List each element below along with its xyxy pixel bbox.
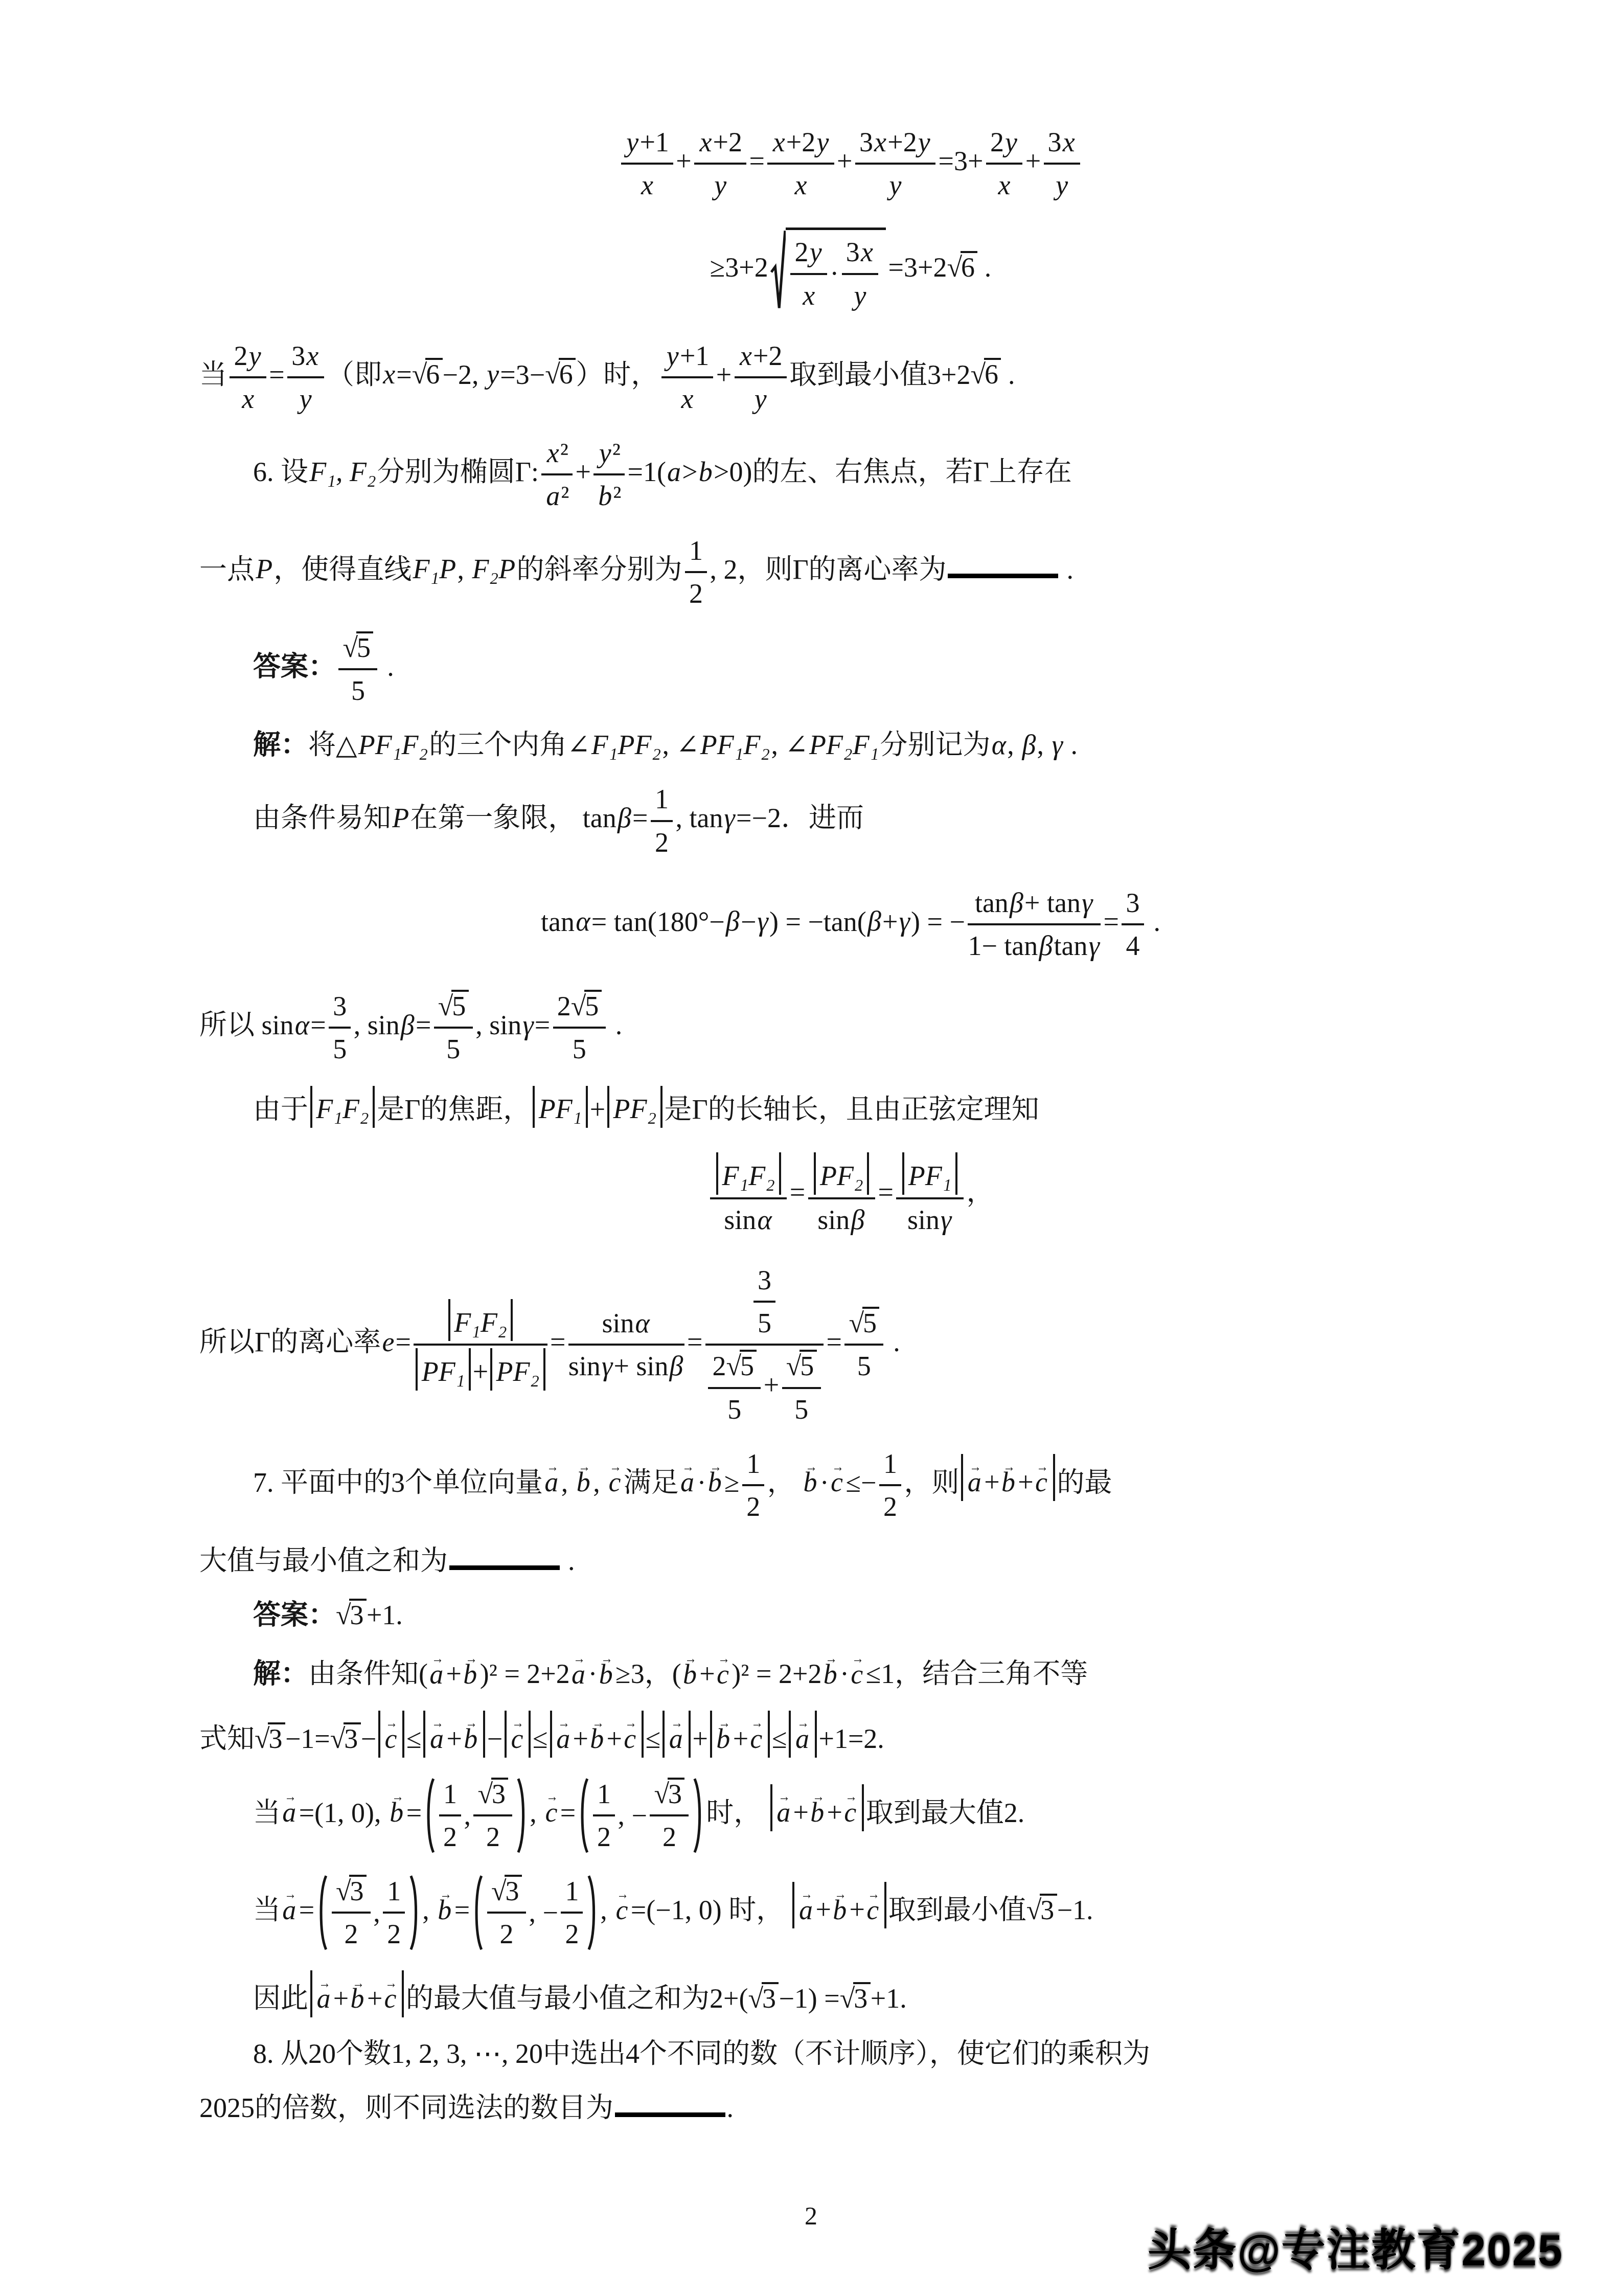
fraction: 12: [439, 1776, 461, 1855]
math-var: γ: [898, 906, 911, 937]
fraction: √55: [782, 1348, 821, 1427]
math-var: x: [1062, 127, 1076, 157]
fraction: F₁F₂sinα: [710, 1152, 787, 1238]
math-var: PF₂: [612, 1094, 657, 1124]
math-var: x: [305, 340, 319, 371]
fraction: 12: [742, 1446, 764, 1525]
q7-conclusion: 因此a+b+c的最大值与最小值之和为2+(√3−1) =√3+1.: [199, 1970, 1502, 2017]
vector-symbol: b: [706, 1460, 724, 1497]
fraction: x²a²: [541, 435, 573, 514]
math-var: x: [739, 340, 753, 371]
math-var: F₁F₂: [453, 1307, 508, 1338]
absolute-value: b+c: [710, 1711, 770, 1758]
math-var: y: [486, 359, 500, 390]
fraction: 2yx: [790, 234, 827, 313]
absolute-value: a+b+c: [310, 1970, 404, 2017]
absolute-value: F₁F₂: [716, 1152, 781, 1195]
math-var: PF₂: [819, 1161, 864, 1191]
math-var: γ: [723, 803, 736, 833]
eq-expand: y+1x+x+2y=x+2yx+3x+2yy=3+2yx+3xy: [199, 124, 1502, 203]
fraction: 12: [593, 1776, 615, 1855]
vector-symbol: a: [315, 1976, 333, 2013]
q6-answer: 答案：√55 .: [199, 630, 1502, 709]
sqrt: √3: [336, 1597, 367, 1633]
q7-max-case: 当a=(1, 0), b=12, √32, c=12, −√32时， a+b+c…: [199, 1776, 1502, 1855]
sqrt: √5: [438, 988, 469, 1024]
vector-symbol: b: [831, 1887, 850, 1924]
math-var: x: [640, 170, 654, 200]
sqrt: √5: [786, 1348, 817, 1384]
sqrt: √5: [571, 988, 602, 1024]
fraction: PF₁sinγ: [896, 1152, 964, 1238]
math-var: y: [917, 127, 931, 157]
fraction: 2√55: [553, 988, 606, 1067]
parenthesized-group: 12, √32: [423, 1776, 529, 1855]
vector-symbol: b: [802, 1460, 820, 1497]
vector-symbol: b: [597, 1651, 615, 1689]
vector-symbol: b: [462, 1716, 481, 1754]
sqrt: √3: [330, 1721, 361, 1757]
watermark: 头条@专注教育2025: [1148, 2215, 1563, 2278]
math-var: PF₂F₁: [808, 730, 880, 760]
math-var: x: [382, 359, 396, 390]
para-sines: 所以 sinα=35, sinβ=√55, sinγ=2√55 .: [199, 988, 1502, 1067]
fraction: 12: [879, 1446, 901, 1525]
vector-symbol: a: [543, 1460, 561, 1497]
math-var: PF₁F₂: [699, 730, 771, 760]
math-var: γ: [1050, 730, 1064, 760]
eq-sine-rule: F₁F₂sinα=PF₂sinβ=PF₁sinγ，: [199, 1152, 1502, 1238]
para-sine-rule-intro: 由于F₁F₂是Γ的焦距，PF₁+PF₂是Γ的长轴长，且由正弦定理知: [199, 1086, 1502, 1128]
math-var: γ: [601, 1351, 614, 1381]
sqrt: √3: [477, 1776, 508, 1812]
q7-min-case: 当a=√32, 12, b=√32, −12, c=(−1, 0) 时， a+b…: [199, 1873, 1502, 1952]
q7-solution-line2: 式知√3−1=√3−c≤a+b−c≤a+b+c≤a+b+c≤a+1=2.: [199, 1711, 1502, 1758]
vector-symbol: a: [281, 1887, 299, 1924]
math-var: y: [247, 340, 262, 371]
q8-statement-line1: 8. 从20个数1, 2, 3, ⋯, 20中选出4个不同的数（不计顺序），使它…: [199, 2036, 1502, 2072]
q7-statement-line2: 大值与最小值之和为 .: [199, 1543, 1502, 1579]
math-var: y: [713, 170, 727, 200]
vector-symbol: a: [797, 1887, 816, 1924]
absolute-value: PF₂: [490, 1348, 545, 1391]
vector-symbol: c: [509, 1716, 526, 1754]
math-var: F₁F₂: [315, 1094, 370, 1124]
absolute-value: a: [662, 1711, 690, 1758]
math-var: P: [391, 803, 410, 833]
vector-symbol: c: [543, 1790, 560, 1827]
fraction: 3xy: [1044, 124, 1080, 203]
math-var: β: [1038, 930, 1054, 961]
math-var: F₁F₂: [721, 1161, 776, 1191]
q6-solution-line2: 由条件易知P在第一象限， tanβ=12, tanγ=−2．进而: [199, 781, 1502, 860]
math-var: e: [381, 1327, 395, 1357]
right-paren-icon: [587, 1873, 599, 1952]
q6-statement-line2: 一点P，使得直线F₁P, F₂P的斜率分别为12, 2，则Γ的离心率为 .: [199, 533, 1502, 611]
bold-label: 答案：: [253, 1600, 336, 1630]
vector-symbol: c: [607, 1460, 624, 1497]
parenthesized-group: √32, 12: [316, 1873, 421, 1952]
math-var: α: [756, 1204, 773, 1235]
math-var: P: [255, 554, 273, 584]
fraction: √32: [473, 1776, 512, 1855]
vector-symbol: a: [428, 1651, 446, 1689]
left-paren-icon: [577, 1776, 589, 1855]
sqrt: √3: [336, 1873, 367, 1909]
math-var: x: [873, 127, 887, 157]
math-var: γ: [1088, 930, 1101, 961]
math-var: β: [616, 803, 632, 833]
q8-statement-line2: 2025的倍数，则不同选法的数目为.: [199, 2090, 1502, 2126]
fraction: √55: [434, 988, 473, 1067]
math-var: x: [793, 170, 808, 200]
absolute-value: c: [378, 1711, 404, 1758]
math-var: x: [997, 170, 1011, 200]
vector-symbol: a: [555, 1716, 573, 1754]
math-var: y: [666, 340, 680, 371]
vector-symbol: b: [1000, 1460, 1018, 1497]
math-var: y: [1055, 170, 1069, 200]
vector-symbol: b: [588, 1716, 607, 1754]
math-var: a: [545, 481, 561, 511]
vector-symbol: a: [775, 1790, 793, 1827]
math-var: x: [860, 237, 874, 267]
vector-symbol: b: [436, 1887, 454, 1924]
fraction: 3x+2yy: [855, 124, 935, 203]
math-var: α: [575, 906, 591, 937]
math-var: x: [771, 127, 786, 157]
fraction: 2yx: [230, 338, 266, 417]
math-var: β: [725, 906, 741, 937]
absolute-value: a+b+c: [961, 1454, 1055, 1501]
sqrt: 2yx·3xy: [770, 228, 886, 313]
parenthesized-group: √32, −12: [471, 1873, 599, 1952]
math-var: PF₁: [538, 1094, 583, 1124]
fraction: y+1x: [661, 338, 714, 417]
math-var: y: [1004, 127, 1018, 157]
math-var: γ: [521, 1010, 535, 1040]
math-var: y: [299, 383, 313, 414]
fraction: x+2yx: [767, 124, 834, 203]
absolute-value: PF₁: [533, 1086, 588, 1128]
vector-symbol: c: [1034, 1460, 1050, 1497]
fraction: 12: [561, 1873, 583, 1952]
math-var: PF₁: [421, 1356, 466, 1387]
fraction: √55: [338, 630, 377, 709]
fraction: √32: [650, 1776, 689, 1855]
sqrt: √6: [947, 249, 977, 285]
math-var: F₁, F₂: [308, 457, 377, 487]
fraction: x+2y: [735, 338, 787, 417]
vector-symbol: b: [349, 1976, 367, 2013]
vector-symbol: a: [668, 1716, 686, 1754]
math-var: PF₁: [907, 1161, 953, 1191]
sqrt: √5: [342, 630, 373, 666]
vector-symbol: a: [428, 1716, 447, 1754]
vector-symbol: b: [462, 1651, 480, 1689]
vector-symbol: c: [829, 1460, 846, 1497]
q7-solution-line1: 解：由条件知(a+b)² = 2+2a·b≥3，(b+c)² = 2+2b·c≤…: [199, 1651, 1502, 1692]
answer-blank: [615, 2092, 725, 2118]
right-paren-icon: [517, 1776, 529, 1855]
absolute-value: c: [505, 1711, 531, 1758]
absolute-value: PF₁: [902, 1152, 957, 1195]
math-var: y: [625, 127, 639, 157]
math-var: y: [809, 237, 823, 267]
math-var: β: [1021, 730, 1037, 760]
math-var: β: [400, 1010, 416, 1040]
bold-label: 解：: [253, 1659, 308, 1690]
sqrt: √3: [840, 1981, 871, 2016]
fraction: √32: [487, 1873, 526, 1952]
eq-amgm: ≥3+22yx·3xy=3+2√6 .: [199, 228, 1502, 313]
absolute-value: a+b+c: [550, 1711, 644, 1758]
bold-label: 答案：: [253, 651, 336, 681]
sqrt: √3: [1026, 1892, 1057, 1928]
math-var: y: [815, 127, 830, 157]
math-var: F₁PF₂: [590, 730, 662, 760]
answer-blank: [948, 553, 1058, 579]
fraction: x+2y: [694, 124, 746, 203]
absolute-value: PF₂: [814, 1152, 869, 1195]
math-var: x: [802, 280, 816, 311]
sqrt: √5: [849, 1305, 879, 1341]
vector-symbol: a: [679, 1460, 697, 1497]
fraction: 3xy: [842, 234, 878, 313]
vector-symbol: b: [715, 1716, 733, 1754]
q7-answer: 答案：√3+1.: [199, 1597, 1502, 1633]
fraction: PF₂sinβ: [808, 1152, 876, 1238]
fraction: F₁F₂PF₁+PF₂: [414, 1299, 547, 1391]
vector-symbol: c: [715, 1651, 732, 1689]
fraction: √55: [844, 1305, 883, 1384]
math-var: β: [866, 906, 882, 937]
vector-symbol: c: [865, 1887, 882, 1924]
vector-symbol: a: [794, 1716, 812, 1754]
math-var: α: [991, 730, 1008, 760]
para-eccentricity: 所以Γ的离心率e=F₁F₂PF₁+PF₂=sinαsinγ+ sinβ=352√…: [199, 1262, 1502, 1427]
math-var: PF₁F₂: [357, 730, 429, 760]
sqrt: √3: [491, 1873, 522, 1909]
math-var: x: [546, 438, 560, 468]
fraction: 3xy: [287, 338, 324, 417]
absolute-value: a: [789, 1711, 816, 1758]
vector-symbol: b: [821, 1651, 840, 1689]
right-paren-icon: [693, 1776, 705, 1855]
vector-symbol: c: [622, 1716, 639, 1754]
absolute-value: PF₁: [416, 1348, 471, 1391]
q6-statement-line1: 6. 设F₁, F₂分别为椭圆Γ:x²a²+y²b²=1(a>b>0)的左、右焦…: [199, 435, 1502, 514]
math-var: y: [598, 438, 612, 468]
absolute-value: a+b+c: [792, 1882, 886, 1929]
fraction: 2√55: [708, 1348, 761, 1427]
sqrt: √5: [726, 1348, 757, 1384]
vector-symbol: b: [809, 1790, 827, 1827]
math-var: F₁P: [412, 554, 457, 584]
fraction: 12: [685, 533, 707, 611]
left-paren-icon: [471, 1873, 483, 1952]
fraction: 34: [1122, 885, 1144, 964]
math-var: x: [241, 383, 255, 414]
absolute-value: F₁F₂: [310, 1086, 375, 1128]
vector-symbol: a: [281, 1790, 299, 1827]
math-var: y: [888, 170, 902, 200]
math-var: x: [698, 127, 713, 157]
absolute-value: a+b+c: [770, 1784, 864, 1831]
left-paren-icon: [423, 1776, 435, 1855]
math-var: x: [680, 383, 694, 414]
fraction: 352√55+√55: [705, 1262, 824, 1427]
q7-statement-line1: 7. 平面中的3个单位向量a, b, c满足a·b≥12， b·c≤−12，则a…: [199, 1446, 1502, 1525]
sqrt: √6: [545, 356, 576, 392]
sqrt: √6: [412, 356, 443, 392]
vector-symbol: c: [849, 1651, 866, 1689]
fraction: y+1x: [621, 124, 673, 203]
fraction: sinαsinγ+ sinβ: [568, 1305, 684, 1384]
vector-symbol: c: [748, 1716, 765, 1754]
math-var: γ: [756, 906, 769, 937]
vector-symbol: c: [842, 1790, 859, 1827]
vector-symbol: c: [383, 1716, 400, 1754]
math-var: b: [698, 457, 714, 487]
fraction: √32: [332, 1873, 371, 1952]
fraction: 2yx: [986, 124, 1022, 203]
fraction: 35: [329, 988, 351, 1067]
math-var: β: [1009, 888, 1024, 918]
vector-symbol: b: [575, 1460, 593, 1497]
absolute-value: a+b: [423, 1711, 485, 1758]
math-var: a: [666, 457, 682, 487]
math-var: PF₂: [495, 1356, 540, 1387]
fraction: y²b²: [593, 435, 625, 514]
math-var: b: [597, 481, 613, 511]
eq-tan-alpha: tanα= tan(180°−β−γ) = −tan(β+γ) = −tanβ+…: [199, 885, 1502, 964]
math-var: β: [668, 1351, 684, 1381]
sqrt: √3: [748, 1981, 779, 2016]
parenthesized-group: 12, −√32: [577, 1776, 705, 1855]
fraction: 12: [651, 781, 673, 860]
vector-symbol: b: [681, 1651, 700, 1689]
answer-blank: [449, 1545, 560, 1571]
math-var: F₂P: [471, 554, 516, 584]
radical-icon: [770, 228, 786, 313]
math-var: γ: [1081, 888, 1094, 918]
vector-symbol: b: [388, 1790, 406, 1827]
vector-symbol: a: [966, 1460, 985, 1497]
bold-label: 解：: [253, 730, 308, 760]
sqrt: √3: [255, 1721, 285, 1757]
sqrt: √6: [971, 356, 1001, 392]
absolute-value: PF₂: [607, 1086, 662, 1128]
left-paren-icon: [316, 1873, 328, 1952]
math-var: y: [753, 383, 768, 414]
q6-solution-line1: 解：将△PF₁F₂的三个内角∠F₁PF₂, ∠PF₁F₂, ∠PF₂F₁分别记为…: [199, 727, 1502, 763]
math-var: α: [634, 1308, 651, 1338]
math-var: α: [294, 1010, 311, 1040]
document-page: y+1x+x+2y=x+2yx+3x+2yy=3+2yx+3xy≥3+22yx·…: [0, 0, 1622, 2296]
vector-symbol: a: [570, 1651, 588, 1689]
sqrt: √3: [654, 1776, 685, 1812]
math-lines: y+1x+x+2y=x+2yx+3x+2yy=3+2yx+3xy≥3+22yx·…: [199, 100, 1502, 2145]
fraction: 35: [753, 1262, 775, 1341]
math-var: y: [853, 280, 867, 311]
fraction: tanβ+ tanγ1− tanβtanγ: [968, 885, 1101, 964]
math-var: β: [850, 1204, 865, 1235]
para-equality-condition: 当2yx=3xy（即x=√6−2, y=3−√6）时，y+1x+x+2y取到最小…: [199, 338, 1502, 417]
right-paren-icon: [409, 1873, 421, 1952]
vector-symbol: c: [614, 1887, 631, 1924]
fraction: 12: [383, 1873, 405, 1952]
absolute-value: F₁F₂: [448, 1299, 513, 1342]
math-var: γ: [940, 1204, 953, 1235]
vector-symbol: c: [382, 1976, 399, 2013]
